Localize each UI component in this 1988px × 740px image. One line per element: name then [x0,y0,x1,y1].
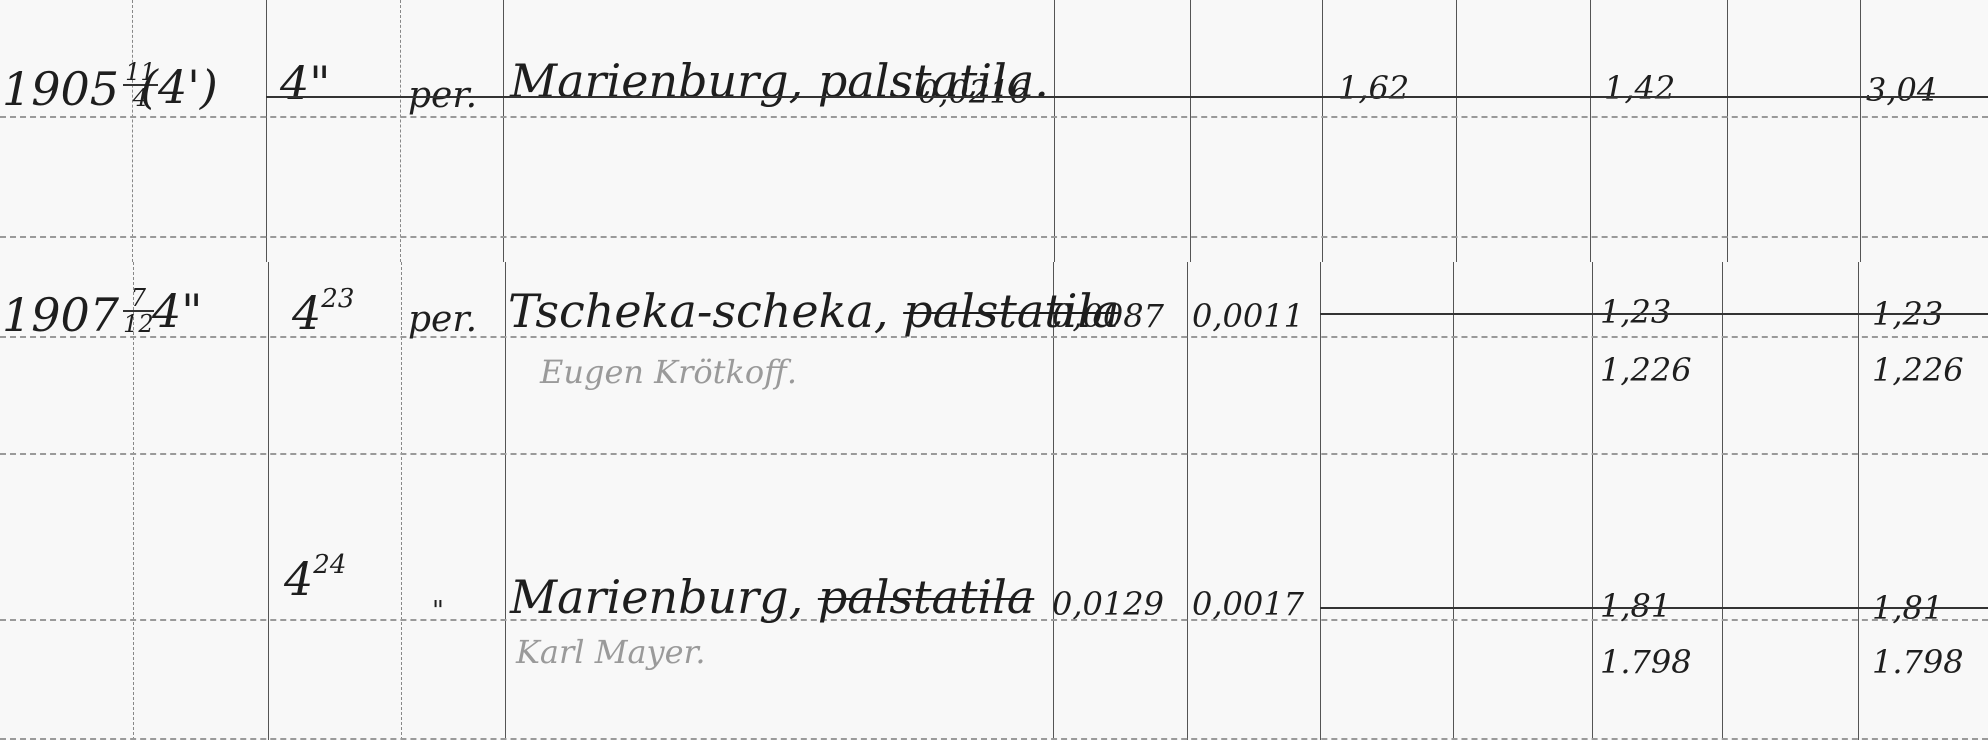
date-denominator: 12 [123,312,154,336]
column-rule [1727,0,1728,262]
entry-3-val7-corrected: 1.798 [1872,646,1964,678]
strike-line [266,96,1988,98]
entry-2-date: 1907712 [2,292,154,344]
entry-1-val3: 1,62 [1338,72,1409,104]
col3-superscript: 24 [313,550,346,580]
column-rule [401,262,402,740]
row-rule [0,236,1988,238]
strike-line [1320,607,1988,609]
entry-2-col3: 423 [292,290,354,336]
entry-1-col2: (4') [140,64,218,110]
entry-3-col3: 424 [284,556,346,602]
column-rule [132,0,133,262]
entry-2-val5-corrected: 1,226 [1600,354,1692,386]
entry-2-subname: Eugen Krötkoff. [540,356,797,388]
column-rule [400,0,401,262]
col3-superscript: 23 [321,284,354,314]
column-rule [1190,0,1191,262]
entry-2-val2: 0,0011 [1192,300,1304,332]
col3-base: 4 [292,286,321,340]
column-rule [1320,262,1321,740]
column-rule [1054,0,1055,262]
column-rule [505,262,506,740]
column-rule [266,0,267,262]
column-rule [268,262,269,740]
entry-3-name: Marienburg, palstatila [510,574,1034,620]
column-rule [1453,262,1454,740]
entry-3-val2: 0,0017 [1192,588,1304,620]
column-rule [1456,0,1457,262]
column-rule [1592,262,1593,740]
strike-line [1320,313,1988,315]
entry-2-col4: per. [408,302,477,338]
column-rule [1590,0,1591,262]
entry-3-col4: " [432,598,444,624]
year: 1905 [2,62,119,116]
column-rule [503,0,504,262]
column-rule [1860,0,1861,262]
ledger-page: 1905114 (4') 4" per. Marienburg, palstat… [0,0,1988,740]
entry-3-val1: 0,0129 [1052,588,1164,620]
column-rule [1858,262,1859,740]
entry-2-val5: 1,23 [1600,296,1671,328]
entry-2-val1: 0,0087 [1052,300,1164,332]
name: Tscheka-scheka, [508,284,889,338]
column-rule [1187,262,1188,740]
column-rule [1722,262,1723,740]
row-rule [0,453,1988,455]
entry-1-col3: 4" [280,60,330,106]
date-fraction: 712 [123,286,154,336]
entry-3-subname: Karl Mayer. [516,636,706,668]
entry-2-val7-corrected: 1,226 [1872,354,1964,386]
column-rule [1322,0,1323,262]
row-rule [0,116,1988,118]
name-struck: palstatila [818,570,1034,624]
col3-base: 4 [284,552,313,606]
entry-1-val5: 1,42 [1604,72,1675,104]
entry-2-col2: 4" [152,288,202,334]
entry-1-date: 1905114 [2,66,158,118]
name: Marienburg, [510,570,803,624]
date-numerator: 7 [123,286,154,312]
entry-3-val5: 1,81 [1600,590,1671,622]
year: 1907 [2,288,119,342]
entry-1-val7: 3,04 [1866,74,1937,106]
entry-2-name: Tscheka-scheka, palstatila [508,288,1120,334]
entry-1-val1: 0,0216 [918,76,1030,108]
entry-3-val5-corrected: 1.798 [1600,646,1692,678]
